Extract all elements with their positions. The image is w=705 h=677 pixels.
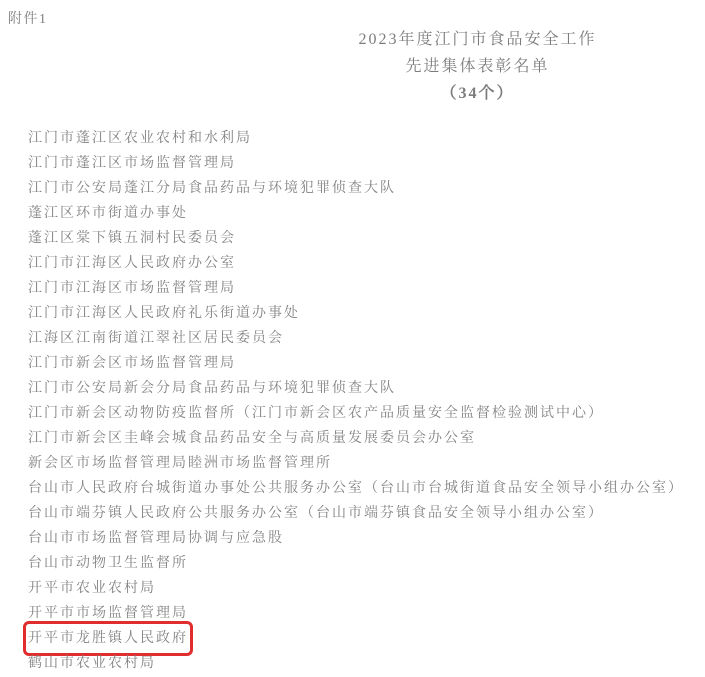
document-title-block: 2023年度江门市食品安全工作 先进集体表彰名单 （34个） <box>250 26 705 107</box>
award-recipient-list: 江门市蓬江区农业农村和水利局江门市蓬江区市场监督管理局江门市公安局蓬江分局食品药… <box>28 126 700 676</box>
highlighted-list-item-text: 开平市龙胜镇人民政府 <box>28 626 188 651</box>
list-item-row: 江门市公安局蓬江分局食品药品与环境犯罪侦查大队 <box>28 176 700 201</box>
list-item-text: 江门市蓬江区农业农村和水利局 <box>28 126 252 151</box>
attachment-label: 附件1 <box>8 8 48 28</box>
list-item-row: 台山市端芬镇人民政府公共服务办公室（台山市端芬镇食品安全领导小组办公室） <box>28 501 700 526</box>
list-item-row: 鹤山市农业农村局 <box>28 651 700 676</box>
list-item-row: 江门市蓬江区市场监督管理局 <box>28 151 700 176</box>
list-item-text: 江门市新会区圭峰会城食品药品安全与高质量发展委员会办公室 <box>28 426 476 451</box>
list-item-row: 台山市动物卫生监督所 <box>28 551 700 576</box>
document-page: 附件1 2023年度江门市食品安全工作 先进集体表彰名单 （34个） 江门市蓬江… <box>0 0 705 677</box>
list-item-row: 江海区江南街道江翠社区居民委员会 <box>28 326 700 351</box>
list-item-row: 蓬江区棠下镇五洞村民委员会 <box>28 226 700 251</box>
list-item-row: 江门市江海区市场监督管理局 <box>28 276 700 301</box>
list-item-row: 江门市蓬江区农业农村和水利局 <box>28 126 700 151</box>
list-item-row: 江门市新会区圭峰会城食品药品安全与高质量发展委员会办公室 <box>28 426 700 451</box>
list-item-text: 江门市公安局新会分局食品药品与环境犯罪侦查大队 <box>28 376 396 401</box>
list-item-text: 台山市动物卫生监督所 <box>28 551 188 576</box>
list-item-text: 江门市新会区动物防疫监督所（江门市新会区农产品质量安全监督检验测试中心） <box>28 401 604 426</box>
list-item-text: 台山市人民政府台城街道办事处公共服务办公室（台山市台城街道食品安全领导小组办公室… <box>28 476 684 501</box>
list-item-row: 江门市公安局新会分局食品药品与环境犯罪侦查大队 <box>28 376 700 401</box>
list-item-text: 江门市江海区人民政府礼乐街道办事处 <box>28 301 300 326</box>
list-item-text: 新会区市场监督管理局睦洲市场监督管理所 <box>28 451 332 476</box>
document-title-line-1: 2023年度江门市食品安全工作 <box>250 26 705 53</box>
list-item-text: 江门市蓬江区市场监督管理局 <box>28 151 236 176</box>
list-item-row: 江门市江海区人民政府办公室 <box>28 251 700 276</box>
list-item-row: 台山市人民政府台城街道办事处公共服务办公室（台山市台城街道食品安全领导小组办公室… <box>28 476 700 501</box>
list-item-text: 开平市农业农村局 <box>28 576 156 601</box>
list-item-text: 江海区江南街道江翠社区居民委员会 <box>28 326 284 351</box>
list-item-text: 江门市江海区人民政府办公室 <box>28 251 236 276</box>
list-item-text: 江门市公安局蓬江分局食品药品与环境犯罪侦查大队 <box>28 176 396 201</box>
list-item-row: 江门市新会区市场监督管理局 <box>28 351 700 376</box>
list-item-row: 开平市龙胜镇人民政府 <box>28 626 700 651</box>
list-item-text: 江门市江海区市场监督管理局 <box>28 276 236 301</box>
list-item-text: 江门市新会区市场监督管理局 <box>28 351 236 376</box>
list-item-row: 江门市新会区动物防疫监督所（江门市新会区农产品质量安全监督检验测试中心） <box>28 401 700 426</box>
list-item-row: 江门市江海区人民政府礼乐街道办事处 <box>28 301 700 326</box>
list-item-row: 开平市市场监督管理局 <box>28 601 700 626</box>
list-item-row: 新会区市场监督管理局睦洲市场监督管理所 <box>28 451 700 476</box>
list-item-row: 蓬江区环市街道办事处 <box>28 201 700 226</box>
list-item-text: 开平市市场监督管理局 <box>28 601 188 626</box>
list-item-text: 蓬江区环市街道办事处 <box>28 201 188 226</box>
list-item-text: 蓬江区棠下镇五洞村民委员会 <box>28 226 236 251</box>
document-title-count: （34个） <box>250 80 705 107</box>
list-item-row: 开平市农业农村局 <box>28 576 700 601</box>
document-title-line-2: 先进集体表彰名单 <box>250 53 705 80</box>
list-item-text: 台山市市场监督管理局协调与应急股 <box>28 526 284 551</box>
list-item-text: 鹤山市农业农村局 <box>28 651 156 676</box>
list-item-row: 台山市市场监督管理局协调与应急股 <box>28 526 700 551</box>
list-item-text: 台山市端芬镇人民政府公共服务办公室（台山市端芬镇食品安全领导小组办公室） <box>28 501 604 526</box>
